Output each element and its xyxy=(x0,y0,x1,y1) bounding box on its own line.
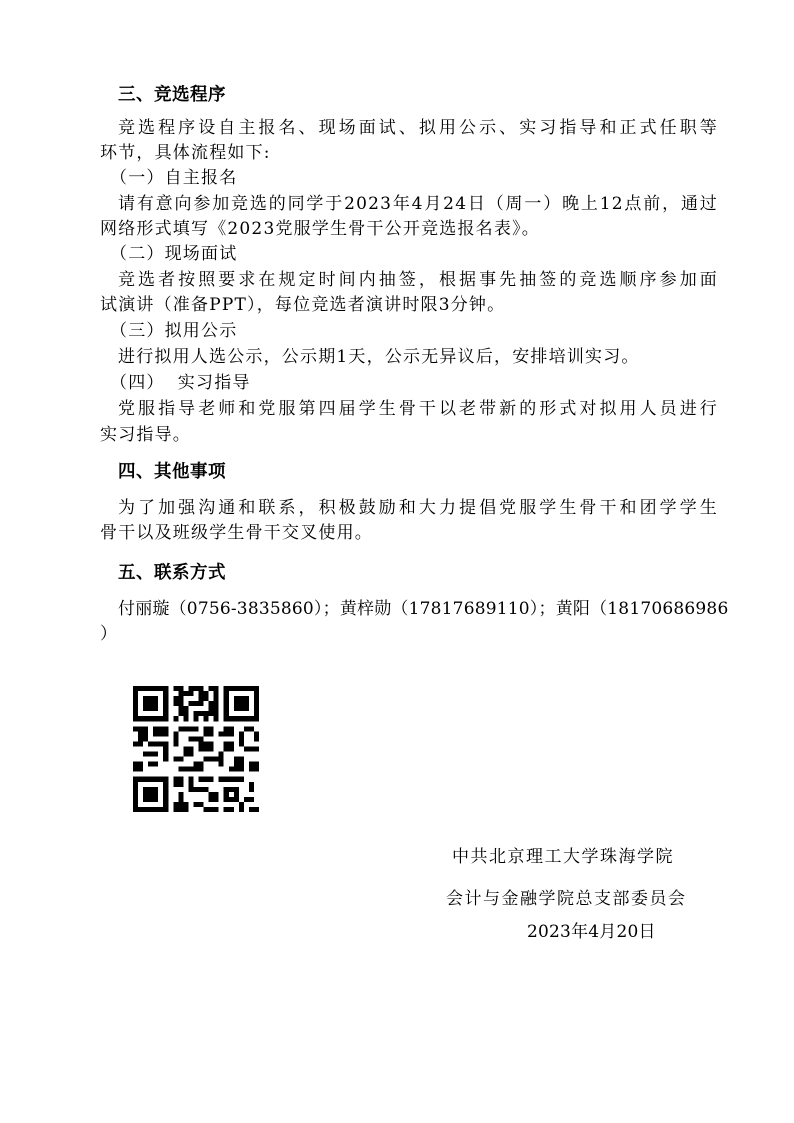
section-5-heading: 五、联系方式 xyxy=(118,562,226,584)
section-3-intro-line1: 竞选程序设自主报名、现场面试、拟用公示、实习指导和正式任职等 xyxy=(118,117,718,139)
section-4-line2: 骨干以及班级学生骨干交叉使用。 xyxy=(100,522,373,544)
subsection-3-title: （三）拟用公示 xyxy=(110,320,237,342)
subsection-2-line1: 竞选者按照要求在规定时间内抽签，根据事先抽签的竞选顺序参加面 xyxy=(118,269,718,291)
subsection-4-line2: 实习指导。 xyxy=(100,424,191,446)
signature-date: 2023年4月20日 xyxy=(527,917,656,942)
section-4-line1: 为了加强沟通和联系，积极鼓励和大力提倡党服学生骨干和团学学生 xyxy=(118,497,718,519)
subsection-4-line1: 党服指导老师和党服第四届学生骨干以老带新的形式对拟用人员进行 xyxy=(118,398,718,420)
subsection-1-line1: 请有意向参加竞选的同学于2023年4月24日（周一）晚上12点前，通过 xyxy=(118,193,718,215)
contact-line1: 付丽璇（0756-3835860）；黄梓勋（17817689110）；黄阳（18… xyxy=(118,598,728,620)
section-3-heading: 三、竞选程序 xyxy=(118,84,226,106)
document-page: 三、竞选程序 竞选程序设自主报名、现场面试、拟用公示、实习指导和正式任职等 环节… xyxy=(0,0,794,1123)
subsection-2-title: （二）现场面试 xyxy=(110,243,237,265)
signature-organization-2: 会计与金融学院总支部委员会 xyxy=(446,884,687,909)
subsection-1-title: （一）自主报名 xyxy=(110,167,237,189)
subsection-2-line2: 试演讲（准备PPT），每位竞选者演讲时限3分钟。 xyxy=(100,294,505,316)
section-4-heading: 四、其他事项 xyxy=(118,461,226,483)
section-3-intro-line2: 环节，具体流程如下: xyxy=(100,142,271,164)
subsection-4-title: （四） 实习指导 xyxy=(110,372,251,394)
subsection-1-line2: 网络形式填写《2023党服学生骨干公开竞选报名表》。 xyxy=(100,218,540,240)
signature-organization-1: 中共北京理工大学珠海学院 xyxy=(452,842,674,867)
qr-code-icon xyxy=(133,686,259,812)
contact-line2: ） xyxy=(100,623,118,645)
subsection-3-line1: 进行拟用人选公示，公示期1天，公示无异议后，安排培训实习。 xyxy=(118,346,640,368)
